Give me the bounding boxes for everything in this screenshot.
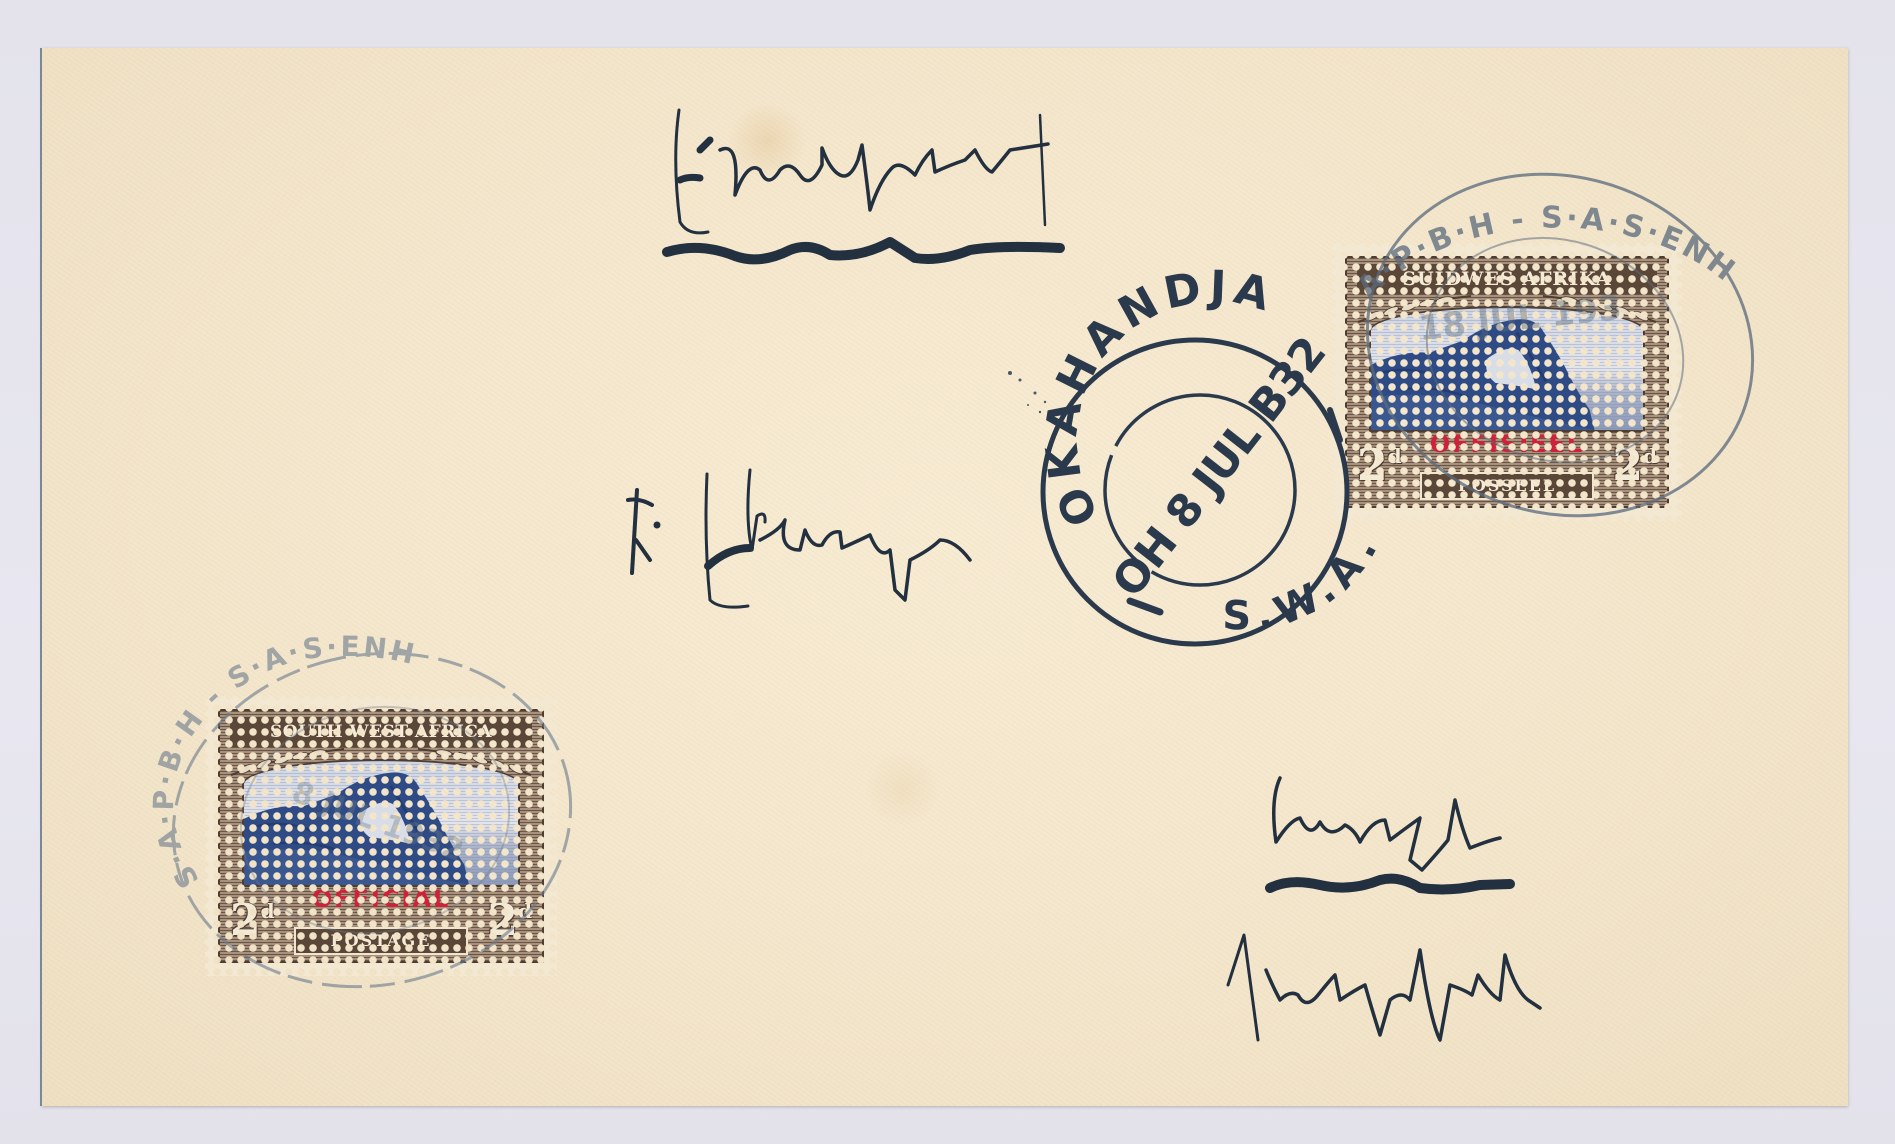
stamp-denomination: 2d [230, 899, 275, 943]
rock-arch-image [244, 761, 518, 885]
stamp-official: SOUTH WEST AFRICA [205, 696, 557, 976]
denomination-value: 2 [1357, 440, 1388, 491]
stamp-vignette [1369, 306, 1645, 432]
stamp-denomination: 2d [1357, 444, 1402, 488]
denomination-suffix: d [261, 899, 275, 923]
denomination-value: 2 [230, 895, 261, 946]
paper-stain [862, 748, 942, 828]
denomination-value: 2 [1612, 440, 1643, 491]
denomination-suffix: d [1388, 444, 1402, 468]
stamp-bottom-label: POSTAGE [294, 927, 468, 955]
paper-stain [722, 106, 812, 176]
rock-arch-image [1371, 308, 1643, 430]
stamp-bottom-label: POSSEEL [1420, 472, 1594, 500]
denomination-suffix: d [518, 899, 532, 923]
stamp-country-label: SUIDWES AFRIKA [1357, 264, 1657, 294]
denomination-value: 2 [487, 895, 518, 946]
stamp-country-label: SOUTH WEST AFRICA [230, 717, 532, 747]
stamp-vignette [242, 759, 520, 887]
stamp-offisieel: SUIDWES AFRIKA [1332, 243, 1682, 521]
stamp-denomination: 2d [1612, 444, 1657, 488]
denomination-suffix: d [1643, 444, 1657, 468]
stamp-denomination: 2d [487, 899, 532, 943]
stamp-frame: SOUTH WEST AFRICA [218, 709, 544, 963]
stamp-frame: SUIDWES AFRIKA [1345, 256, 1669, 508]
